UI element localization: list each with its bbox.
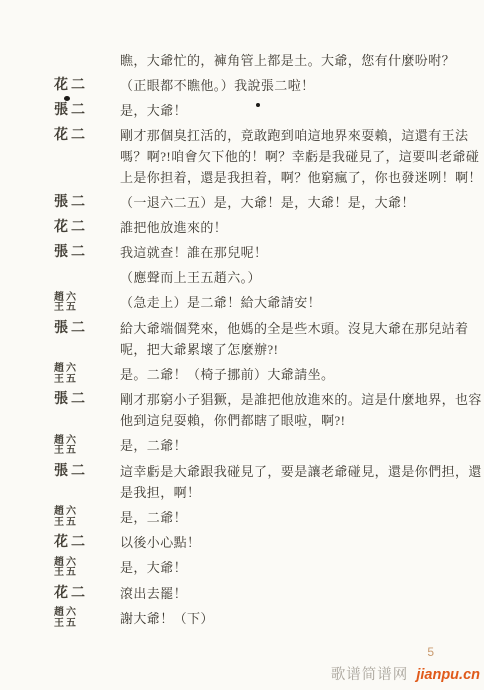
speaker-name: 張二 (54, 461, 120, 482)
dialogue-text: 給大爺端個凳來，他媽的全是些木頭。沒見大爺在那兒站着呢，把大爺累壞了怎麼辦?! (120, 318, 460, 360)
speaker-name: 張二 (54, 100, 120, 121)
script-line: 趙六王五 是，大爺！ (0, 557, 484, 579)
dialogue-text: 這幸虧是大爺跟我碰見了，要是讓老爺碰見，還是你們担，還是我担，啊！ (120, 461, 460, 503)
speaker-label: 花二 (54, 75, 120, 96)
speaker-label: 花二 (54, 583, 120, 604)
speaker-label: 張二 (54, 389, 120, 410)
stage-text-line: 瞧，大爺忙的，褲角管上都是土。大爺，您有什麼吩咐？ (120, 50, 460, 71)
speaker-name: 趙六 (54, 507, 120, 518)
script-line: 趙六王五 謝大爺！（下） (0, 608, 484, 630)
dialogue-text: （一退六二五）是，大爺！是，大爺！是，大爺！ (120, 192, 460, 213)
speaker-name: 張二 (54, 192, 120, 213)
speaker-label: 張二 (54, 100, 120, 121)
dialogue-text: （正眼都不瞧他。）我說張二啦！ (120, 75, 460, 96)
script-line: 花二 滾出去罷！ (0, 583, 484, 604)
dialogue-text: 剛才那窮小子猖獗，是誰把他放進來的。這是什麼地界，也容他到這兒耍賴，你們都瞎了眼… (120, 389, 460, 431)
dialogue-text: 是。二爺！（椅子挪前）大爺請坐。 (120, 364, 460, 385)
script-line: 張二 這幸虧是大爺跟我碰見了，要是讓老爺碰見，還是你們担，還是我担，啊！ (0, 461, 484, 503)
dialogue-line: （一退六二五）是，大爺！是，大爺！是，大爺！ (120, 192, 460, 213)
dialogue-line: 滾出去罷！ (120, 583, 460, 604)
script-line: 張二 是，大爺！ (0, 100, 484, 121)
script-line: 張二 剛才那窮小子猖獗，是誰把他放進來的。這是什麼地界，也容他到這兒耍賴，你們都… (0, 389, 484, 431)
dialogue-line: 他到這兒耍賴，你們都瞎了眼啦，啊?! (120, 410, 460, 431)
dialogue-text: 謝大爺！（下） (120, 608, 460, 629)
speaker-name: 張二 (54, 318, 120, 339)
speaker-name: 王五 (54, 518, 120, 529)
dialogue-line: 是，大爺！ (120, 557, 460, 578)
script-line: 趙六王五 是。二爺！（椅子挪前）大爺請坐。 (0, 364, 484, 386)
dialogue-line: 是我担，啊！ (120, 482, 460, 503)
script-line: 瞧，大爺忙的，褲角管上都是土。大爺，您有什麼吩咐？ (0, 50, 484, 71)
speaker-label: 張二 (54, 242, 120, 263)
speaker-label: 趙六王五 (54, 292, 120, 314)
dialogue-text: 誰把他放進來的！ (120, 217, 460, 238)
dialogue-line: 這幸虧是大爺跟我碰見了，要是讓老爺碰見，還是你們担，還 (120, 461, 460, 482)
watermark-domain: jianpu.cn (416, 667, 480, 683)
page-number: 5 (427, 645, 434, 659)
speaker-label: 趙六王五 (54, 364, 120, 386)
script-line: 花二 （正眼都不瞧他。）我說張二啦！ (0, 75, 484, 96)
speaker-label: 趙六王五 (54, 435, 120, 457)
speaker-label: 趙六王五 (54, 507, 120, 529)
dialogue-text: （急走上）是二爺！給大爺請安！ (120, 292, 460, 313)
speaker-name: 張二 (54, 242, 120, 263)
scanned-page: 瞧，大爺忙的，褲角管上都是土。大爺，您有什麼吩咐？ 花二 （正眼都不瞧他。）我說… (0, 0, 484, 690)
script-line: 張二 （一退六二五）是，大爺！是，大爺！是，大爺！ (0, 192, 484, 213)
script-line: 趙六王五 （急走上）是二爺！給大爺請安！ (0, 292, 484, 314)
ink-speck-icon (256, 103, 260, 107)
watermark-site-name: 歌谱简谱网 (331, 667, 409, 683)
speaker-name: 王五 (54, 568, 120, 579)
dialogue-line: 呢，把大爺累壞了怎麼辦?! (120, 339, 460, 360)
dialogue-line: （正眼都不瞧他。）我說張二啦！ (120, 75, 460, 96)
dialogue-line: 嗎？啊?!咱會欠下他的！啊？幸虧是我碰見了，這要叫老爺碰 (120, 146, 460, 167)
speaker-label: 花二 (54, 125, 120, 146)
speaker-label: 花二 (54, 217, 120, 238)
dialogue-text: 以後小心點！ (120, 532, 460, 553)
speaker-label: 張二 (54, 461, 120, 482)
dialogue-line: 給大爺端個凳來，他媽的全是些木頭。沒見大爺在那兒站着 (120, 318, 460, 339)
dialogue-text: 是，大爺！ (120, 557, 460, 578)
script-line: 張二 給大爺端個凳來，他媽的全是些木頭。沒見大爺在那兒站着呢，把大爺累壞了怎麼辦… (0, 318, 484, 360)
script-line: 花二 誰把他放進來的！ (0, 217, 484, 238)
speaker-name: 花二 (54, 75, 120, 96)
dialogue-line: 是，大爺！ (120, 100, 460, 121)
script-body: 瞧，大爺忙的，褲角管上都是土。大爺，您有什麼吩咐？ 花二 （正眼都不瞧他。）我說… (0, 50, 484, 633)
speaker-name: 趙六 (54, 608, 120, 619)
dialogue-line: 以後小心點！ (120, 532, 460, 553)
dialogue-line: 謝大爺！（下） (120, 608, 460, 629)
dialogue-line: 是。二爺！（椅子挪前）大爺請坐。 (120, 364, 460, 385)
speaker-name: 花二 (54, 583, 120, 604)
dialogue-text: 我這就查！誰在那兒呢！ (120, 242, 460, 263)
speaker-label: 張二 (54, 318, 120, 339)
stage-text-line: （應聲而上王五趙六。） (120, 267, 460, 288)
dialogue-line: 我這就查！誰在那兒呢！ (120, 242, 460, 263)
speaker-label: 趙六王五 (54, 557, 120, 579)
dialogue-line: 誰把他放進來的！ (120, 217, 460, 238)
dialogue-text: 瞧，大爺忙的，褲角管上都是土。大爺，您有什麼吩咐？ (120, 50, 460, 71)
dialogue-text: 滾出去罷！ (120, 583, 460, 604)
dialogue-text: 是，二爺！ (120, 435, 460, 456)
script-line: 花二 以後小心點！ (0, 532, 484, 553)
ink-speck-icon (64, 96, 70, 101)
dialogue-text: 是，二爺！ (120, 507, 460, 528)
speaker-label: 花二 (54, 532, 120, 553)
speaker-name: 張二 (54, 389, 120, 410)
dialogue-line: 是，二爺！ (120, 507, 460, 528)
speaker-name: 王五 (54, 619, 120, 630)
script-line: 趙六王五 是，二爺！ (0, 435, 484, 457)
speaker-name: 王五 (54, 303, 120, 314)
speaker-name: 花二 (54, 217, 120, 238)
dialogue-line: （急走上）是二爺！給大爺請安！ (120, 292, 460, 313)
speaker-name: 王五 (54, 446, 120, 457)
dialogue-line: 是，二爺！ (120, 435, 460, 456)
dialogue-line: 上是你担着，還是我担着，啊？他窮瘋了，你也發迷咧！啊！ (120, 167, 460, 188)
dialogue-text: 是，大爺！ (120, 100, 460, 121)
dialogue-line: 剛才那窮小子猖獗，是誰把他放進來的。這是什麼地界，也容 (120, 389, 460, 410)
speaker-name: 趙六 (54, 364, 120, 375)
dialogue-text: 剛才那個臭扛活的，竟敢跑到咱這地界來耍賴，這還有王法嗎？啊?!咱會欠下他的！啊？… (120, 125, 460, 188)
speaker-name: 王五 (54, 375, 120, 386)
watermark: 歌谱简谱网 jianpu.cn (331, 663, 480, 684)
speaker-name: 花二 (54, 532, 120, 553)
script-line: （應聲而上王五趙六。） (0, 267, 484, 288)
script-line: 趙六王五 是，二爺！ (0, 507, 484, 529)
speaker-label: 張二 (54, 192, 120, 213)
dialogue-line: 剛才那個臭扛活的，竟敢跑到咱這地界來耍賴，這還有王法 (120, 125, 460, 146)
dialogue-text: （應聲而上王五趙六。） (120, 267, 460, 288)
script-line: 花二 剛才那個臭扛活的，竟敢跑到咱這地界來耍賴，這還有王法嗎？啊?!咱會欠下他的… (0, 125, 484, 188)
speaker-label: 趙六王五 (54, 608, 120, 630)
speaker-name: 花二 (54, 125, 120, 146)
script-line: 張二 我這就查！誰在那兒呢！ (0, 242, 484, 263)
